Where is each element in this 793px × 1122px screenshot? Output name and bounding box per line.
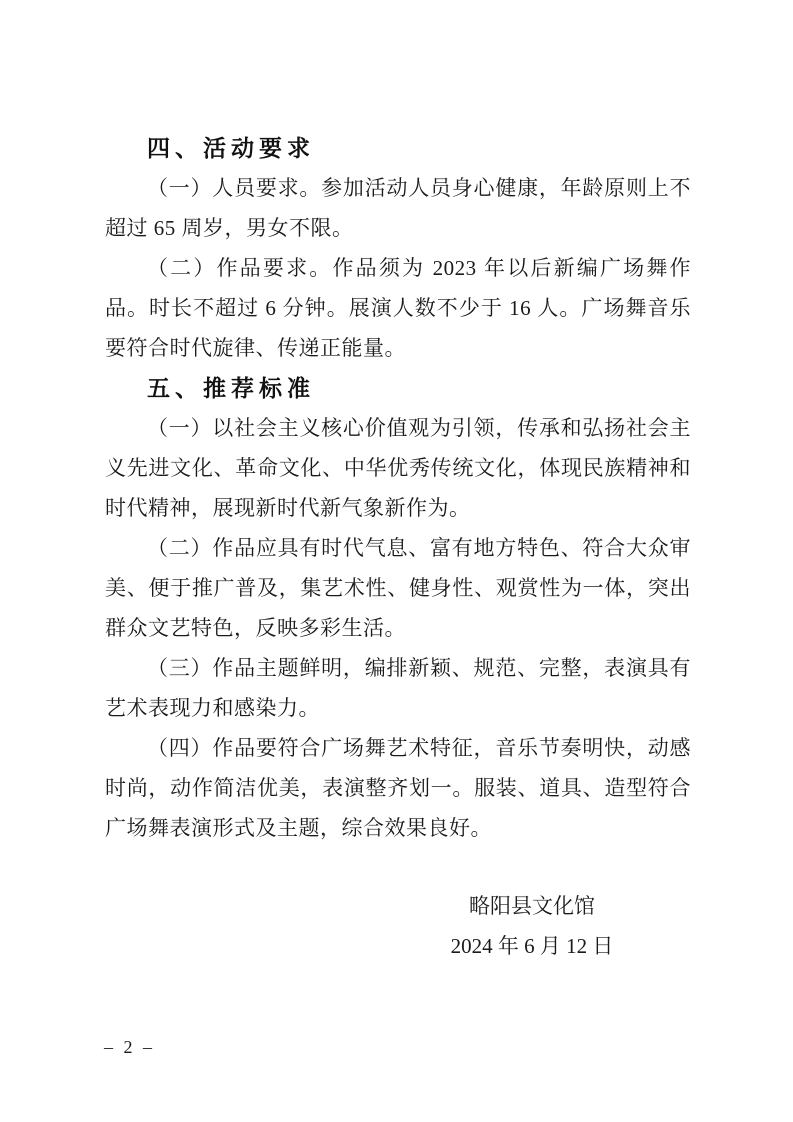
section-four-heading: 四、活动要求 [105,128,691,168]
section-five-heading: 五、推荐标准 [105,368,691,408]
signature-date: 2024 年 6 月 12 日 [373,926,691,966]
paragraph-work-requirements: （二）作品要求。作品须为 2023 年以后新编广场舞作品。时长不超过 6 分钟。… [105,248,691,368]
paragraph-criteria-style: （二）作品应具有时代气息、富有地方特色、符合大众审美、便于推广普及，集艺术性、健… [105,528,691,648]
paragraph-criteria-theme: （三）作品主题鲜明，编排新颖、规范、完整，表演具有艺术表现力和感染力。 [105,648,691,728]
document-page: 四、活动要求 （一）人员要求。参加活动人员身心健康，年龄原则上不超过 65 周岁… [0,0,793,1122]
paragraph-criteria-values: （一）以社会主义核心价值观为引领，传承和弘扬社会主义先进文化、革命文化、中华优秀… [105,408,691,528]
page-number: – 2 – [104,1036,155,1058]
signature-organization: 略阳县文化馆 [373,886,691,926]
paragraph-criteria-performance: （四）作品要符合广场舞艺术特征，音乐节奏明快，动感时尚，动作简洁优美，表演整齐划… [105,728,691,848]
document-body: 四、活动要求 （一）人员要求。参加活动人员身心健康，年龄原则上不超过 65 周岁… [105,128,691,966]
paragraph-personnel-requirements: （一）人员要求。参加活动人员身心健康，年龄原则上不超过 65 周岁，男女不限。 [105,168,691,248]
signature-block: 略阳县文化馆 2024 年 6 月 12 日 [373,886,691,966]
